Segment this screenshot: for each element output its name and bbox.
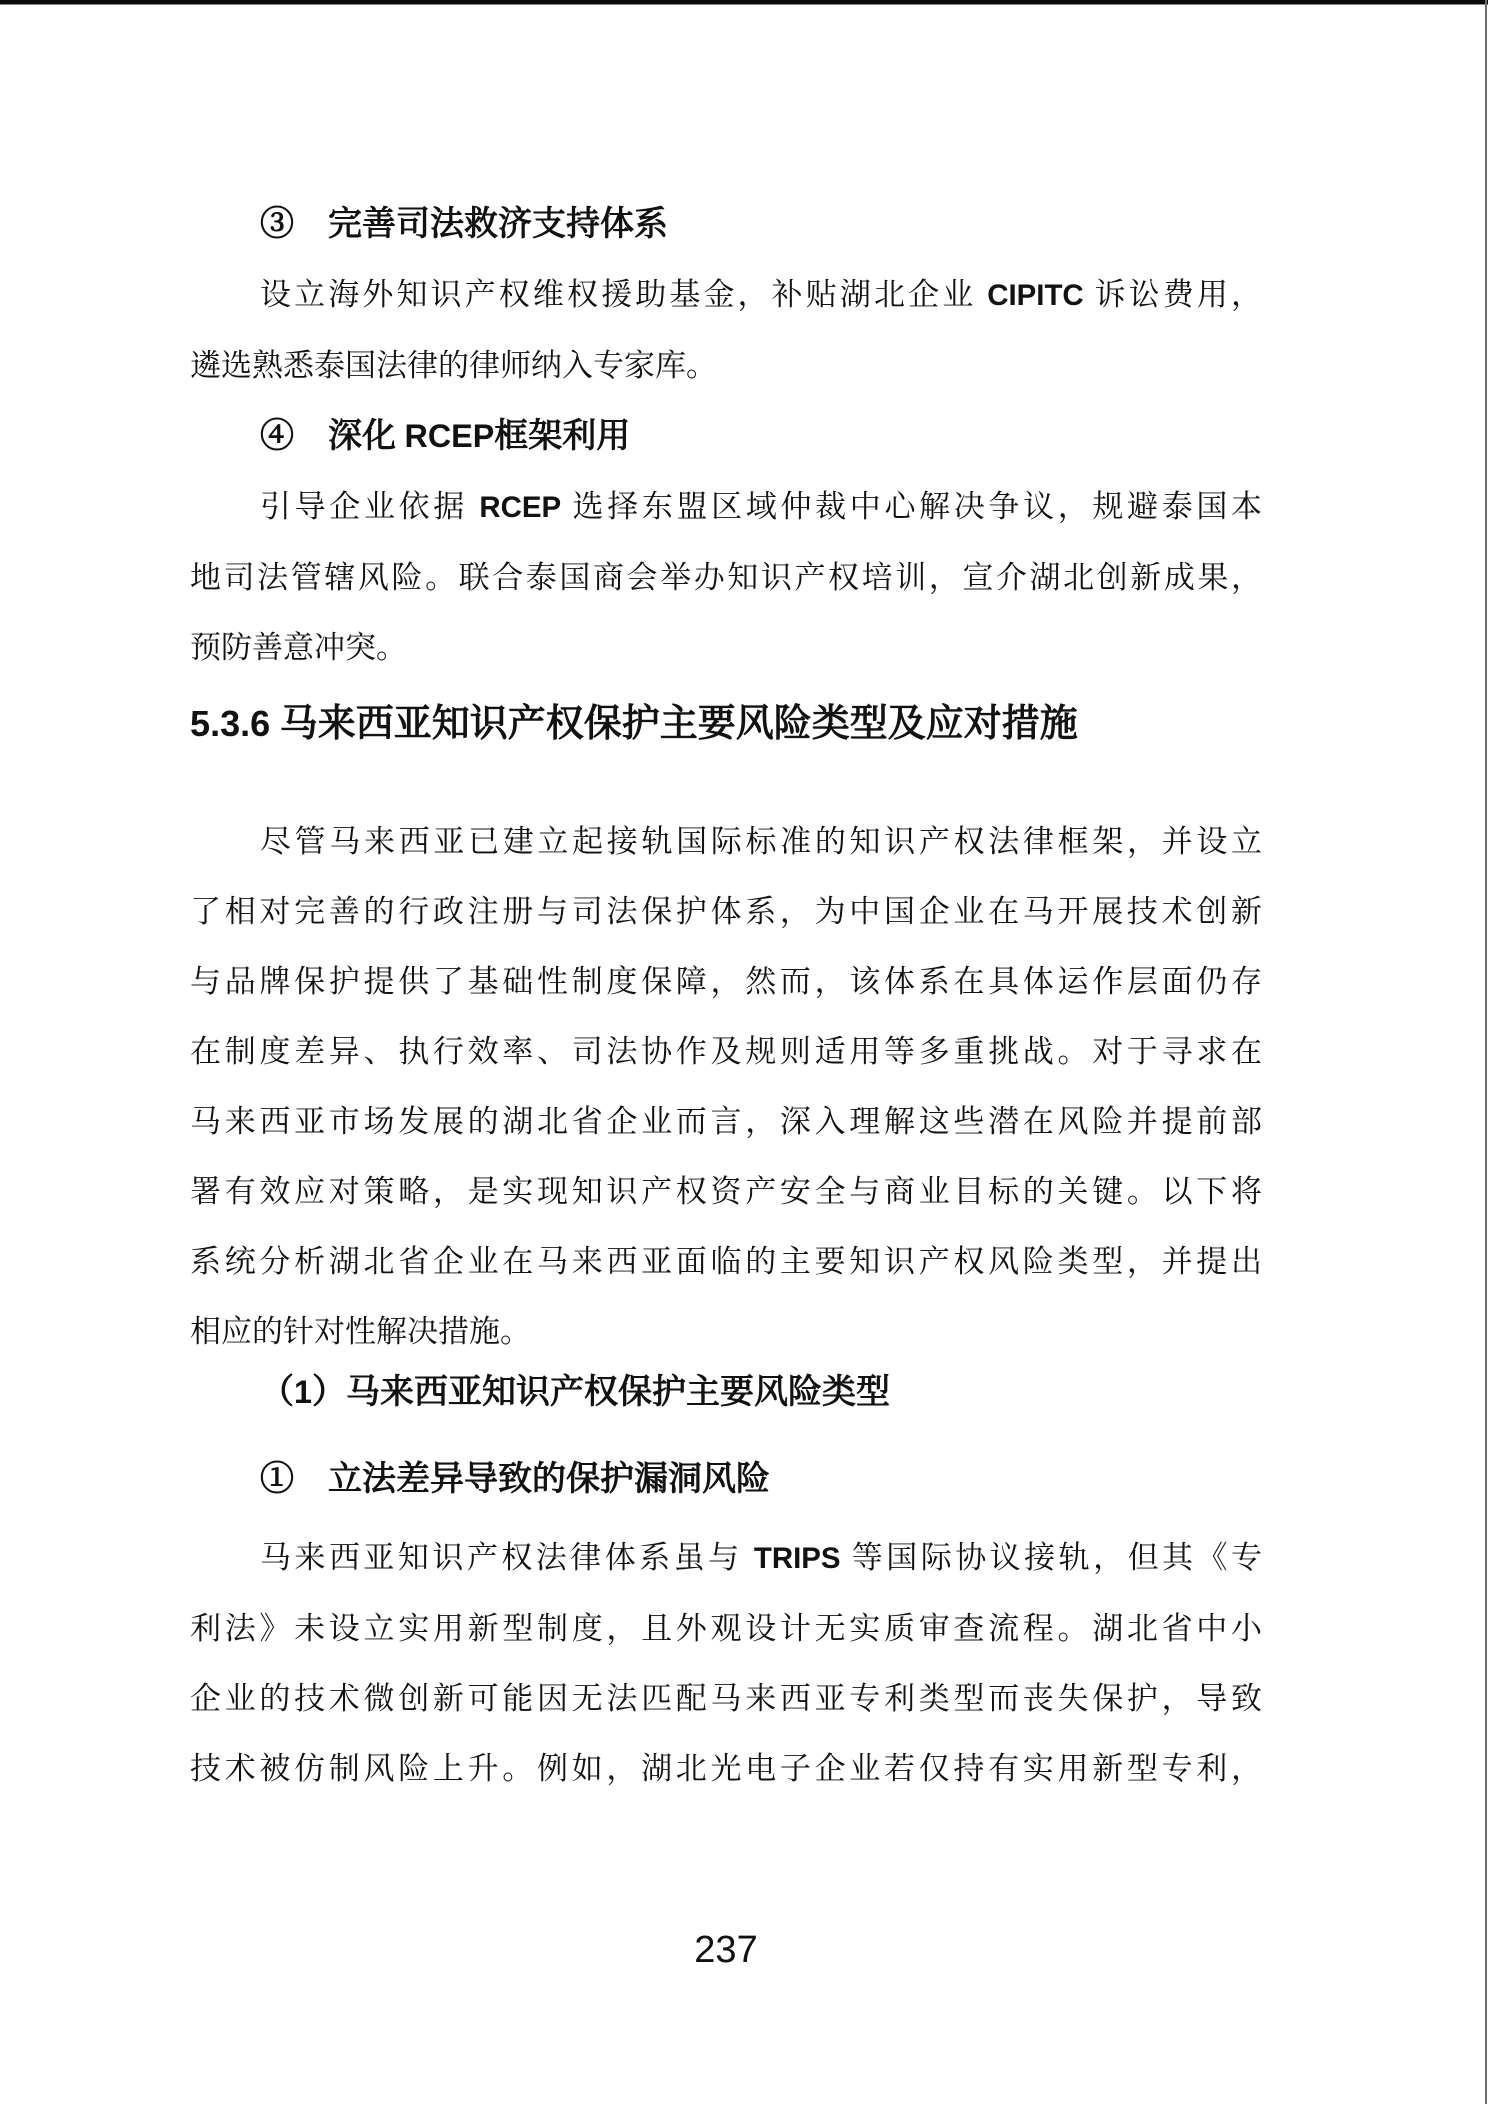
page-number: 237: [190, 1926, 1262, 1974]
text-line: 署有效应对策略，是实现知识产权资产安全与商业目标的关键。以下将: [190, 1157, 1262, 1227]
text-line: 利法》未设立实用新型制度，且外观设计无实质审查流程。湖北省中小: [190, 1594, 1262, 1664]
page-content: ③ 完善司法救济支持体系 设立海外知识产权维权援助基金，补贴湖北企业 CIPIT…: [190, 190, 1262, 1804]
text-line: 遴选熟悉泰国法律的律师纳入专家库。: [190, 331, 1262, 401]
heading-rcep-framework: ④ 深化 RCEP框架利用: [190, 401, 1262, 472]
paragraph-malaysia-overview: 尽管马来西亚已建立起接轨国际标准的知识产权法律框架，并设立 了相对完善的行政注册…: [190, 807, 1262, 1367]
heading-judicial-relief: ③ 完善司法救济支持体系: [190, 190, 1262, 260]
text-line: 引导企业依据 RCEP 选择东盟区域仲裁中心解决争议，规避泰国本: [190, 472, 1262, 543]
text-line: 了相对完善的行政注册与司法保护体系，为中国企业在马开展技术创新: [190, 877, 1262, 947]
heading-legislative-gap-risk: ① 立法差异导致的保护漏洞风险: [190, 1445, 1262, 1515]
text-line: 在制度差异、执行效率、司法协作及规则适用等多重挑战。对于寻求在: [190, 1017, 1262, 1087]
text-line: 与品牌保护提供了基础性制度保障，然而，该体系在具体运作层面仍存: [190, 947, 1262, 1017]
text-line: 系统分析湖北省企业在马来西亚面临的主要知识产权风险类型，并提出: [190, 1227, 1262, 1297]
text-line: 地司法管辖风险。联合泰国商会举办知识产权培训，宣介湖北创新成果，: [190, 543, 1262, 613]
paragraph-legislative-gap: 马来西亚知识产权法律体系虽与 TRIPS 等国际协议接轨，但其《专 利法》未设立…: [190, 1523, 1262, 1804]
text-line: 企业的技术微创新可能因无法匹配马来西亚专利类型而丧失保护，导致: [190, 1664, 1262, 1734]
text-line: 马来西亚知识产权法律体系虽与 TRIPS 等国际协议接轨，但其《专: [190, 1523, 1262, 1594]
text-line: 设立海外知识产权维权援助基金，补贴湖北企业 CIPITC 诉讼费用，: [190, 260, 1262, 331]
heading-section-5-3-6: 5.3.6 马来西亚知识产权保护主要风险类型及应对措施: [190, 689, 1262, 759]
heading-risk-types: （1）马来西亚知识产权保护主要风险类型: [190, 1357, 1262, 1428]
text-line: 马来西亚市场发展的湖北省企业而言，深入理解这些潜在风险并提前部: [190, 1087, 1262, 1157]
document-page: ③ 完善司法救济支持体系 设立海外知识产权维权援助基金，补贴湖北企业 CIPIT…: [0, 0, 1488, 2104]
text-line: 尽管马来西亚已建立起接轨国际标准的知识产权法律框架，并设立: [190, 807, 1262, 877]
paragraph-rcep: 引导企业依据 RCEP 选择东盟区域仲裁中心解决争议，规避泰国本 地司法管辖风险…: [190, 472, 1262, 683]
page-top-border: [0, 0, 1488, 5]
text-line: 预防善意冲突。: [190, 613, 1262, 683]
text-line: 技术被仿制风险上升。例如，湖北光电子企业若仅持有实用新型专利，: [190, 1734, 1262, 1804]
paragraph-judicial-relief: 设立海外知识产权维权援助基金，补贴湖北企业 CIPITC 诉讼费用， 遴选熟悉泰…: [190, 260, 1262, 401]
page-right-border: [1485, 0, 1487, 2104]
